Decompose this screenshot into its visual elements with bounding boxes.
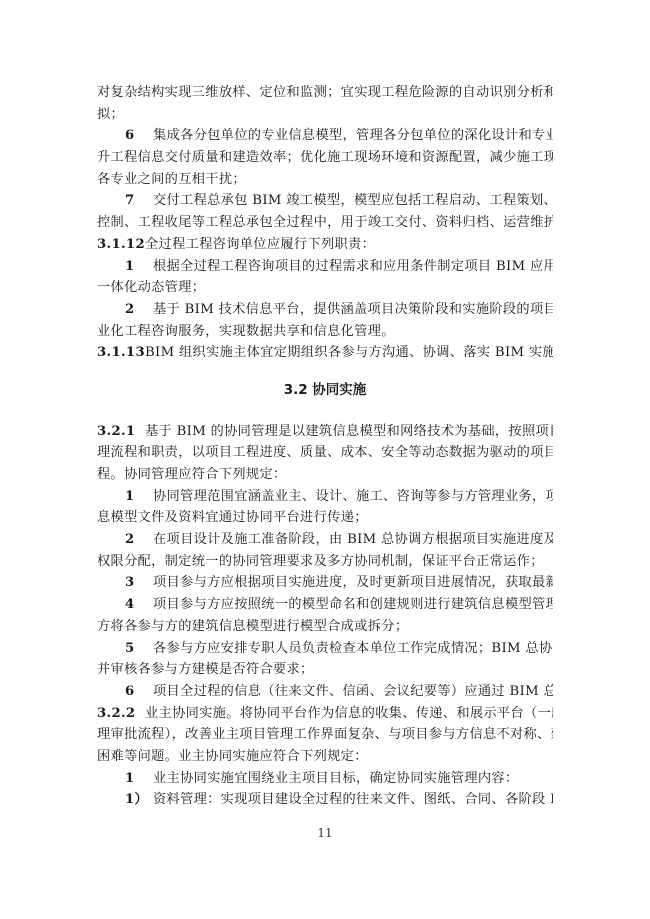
document-page: 对复杂结构实现三维放样、定位和监测；宜实现工程危险源的自动识别分析和防护方案的模…	[97, 82, 553, 811]
item-number: 5	[125, 638, 153, 660]
line-text: 基于 BIM 技术信息平台，提供涵盖项目决策阶段和实施阶段的项目建设全过程的专	[153, 302, 553, 317]
list-item-line: 2基于 BIM 技术信息平台，提供涵盖项目决策阶段和实施阶段的项目建设全过程的专	[97, 299, 553, 321]
list-item-line: 5各参与方应安排专职人员负责检查本单位工作完成情况；BIM 总协调方应定期检查	[97, 638, 553, 660]
line-text: 权限分配，制定统一的协同管理要求及多方协同机制，保证平台正常运作；	[97, 554, 544, 569]
line-text: 对复杂结构实现三维放样、定位和监测；宜实现工程危险源的自动识别分析和防护方案的模	[97, 85, 553, 100]
line-text: 困难等问题。业主协同实施应符合下列规定：	[97, 749, 368, 764]
clause-line: 困难等问题。业主协同实施应符合下列规定：	[97, 746, 553, 768]
line-text: 各专业之间的互相干扰；	[97, 172, 246, 187]
list-item-line: 一体化动态管理；	[97, 277, 553, 299]
line-text: 项目参与方应根据项目实施进度，及时更新项目进展情况，获取最新的项目信息；	[153, 575, 553, 590]
line-text: 理流程和职责，以项目工程进度、质量、成本、安全等动态数据为驱动的项目协同管理的过	[97, 445, 553, 460]
item-number: 6	[125, 681, 153, 703]
item-number: 6	[125, 125, 153, 147]
list-item-line: 3项目参与方应根据项目实施进度，及时更新项目进展情况，获取最新的项目信息；	[97, 572, 553, 594]
clause-line: 3.2.2业主协同实施。将协同平台作为信息的收集、传递、和展示平台（一般不含项目…	[97, 703, 553, 725]
list-item-line: 并审核各参与方建模是否符合要求；	[97, 659, 553, 681]
item-number: 4	[125, 594, 153, 616]
list-item-line: 1协同管理范围宜涵盖业主、设计、施工、咨询等参与方管理业务，项目所有建筑信	[97, 486, 553, 508]
item-number: 1	[125, 486, 153, 508]
line-text: 基于 BIM 的协同管理是以建筑信息模型和网络技术为基础，按照项目建设各方管	[145, 424, 553, 439]
list-item-line: 1业主协同实施宜围绕业主项目目标，确定协同实施管理内容：	[97, 768, 553, 790]
section-3-2-body: 3.2.1基于 BIM 的协同管理是以建筑信息模型和网络技术为基础，按照项目建设…	[97, 421, 553, 811]
clause-line: 3.1.13BIM 组织实施主体宜定期组织各参与方沟通、协调、落实 BIM 实施…	[97, 342, 553, 364]
clause-number: 3.1.13	[97, 342, 145, 364]
list-item-line: 6项目全过程的信息（往来文件、信函、会议纪要等）应通过 BIM 总协调方审核归档…	[97, 681, 553, 703]
line-text: 根据全过程工程咨询项目的过程需求和应用条件制定项目 BIM 应用实施方案，进行	[153, 259, 553, 274]
item-number: 7	[125, 190, 153, 212]
list-item-line: 7交付工程总承包 BIM 竣工模型，模型应包括工程启动、工程策划、工程实施、工程	[97, 190, 553, 212]
list-item-line: 控制、工程收尾等工程总承包全过程中，用于竣工交付、资料归档、运营维护的相关信息。	[97, 212, 553, 234]
section-heading: 3.2 协同实施	[97, 380, 553, 402]
item-number: 1	[125, 768, 153, 790]
paragraph-line: 拟；	[97, 104, 553, 126]
list-item-line: 方将各参与方的建筑信息模型进行模型合成或拆分；	[97, 616, 553, 638]
line-text: 业主协同实施宜围绕业主项目目标，确定协同实施管理内容：	[153, 771, 519, 786]
line-text: 业主协同实施。将协同平台作为信息的收集、传递、和展示平台（一般不含项目管	[145, 706, 553, 721]
line-text: 息模型文件及资料宜通过协同平台进行传递；	[97, 510, 368, 525]
item-number: 2	[125, 299, 153, 321]
list-item-line: 4项目参与方应按照统一的模型命名和创建规则进行建筑信息模型管理，BIM 总协调	[97, 594, 553, 616]
line-text: 程。协同管理应符合下列规定：	[97, 467, 287, 482]
list-item-line: 1）资料管理：实现项目建设全过程的往来文件、图纸、合同、各阶段 BIM 应用成果	[97, 789, 553, 811]
clause-line: 3.2.1基于 BIM 的协同管理是以建筑信息模型和网络技术为基础，按照项目建设…	[97, 421, 553, 443]
line-text: 一体化动态管理；	[97, 280, 205, 295]
line-text: 全过程工程咨询单位应履行下列职责：	[145, 237, 375, 252]
line-text: 项目全过程的信息（往来文件、信函、会议纪要等）应通过 BIM 总协调方审核归档。	[153, 684, 553, 699]
list-item-line: 升工程信息交付质量和建造效率；优化施工现场环境和资源配置，减少施工现场各参与方、	[97, 147, 553, 169]
paragraph-line: 对复杂结构实现三维放样、定位和监测；宜实现工程危险源的自动识别分析和防护方案的模	[97, 82, 553, 104]
clause-line: 程。协同管理应符合下列规定：	[97, 464, 553, 486]
item-number: 1	[125, 256, 153, 278]
clause-line: 理流程和职责，以项目工程进度、质量、成本、安全等动态数据为驱动的项目协同管理的过	[97, 442, 553, 464]
list-item-line: 6集成各分包单位的专业信息模型，管理各分包单位的深化设计和专业协调工作，提	[97, 125, 553, 147]
clause-line: 理审批流程），改善业主项目管理工作界面复杂、与项目参与方信息不对称、建设进度管控	[97, 724, 553, 746]
section-3-1-continuation: 对复杂结构实现三维放样、定位和监测；宜实现工程危险源的自动识别分析和防护方案的模…	[97, 82, 553, 364]
line-text: 协同管理范围宜涵盖业主、设计、施工、咨询等参与方管理业务，项目所有建筑信	[153, 489, 553, 504]
clause-line: 3.1.12全过程工程咨询单位应履行下列职责：	[97, 234, 553, 256]
clause-number: 3.1.12	[97, 234, 145, 256]
line-text: 控制、工程收尾等工程总承包全过程中，用于竣工交付、资料归档、运营维护的相关信息。	[97, 215, 553, 230]
clause-number: 3.2.2	[97, 703, 145, 725]
clause-number: 3.2.1	[97, 421, 145, 443]
line-text: 在项目设计及施工准备阶段，由 BIM 总协调方根据项目实施进度及应用要点，进行	[153, 532, 553, 547]
list-item-line: 业化工程咨询服务，实现数据共享和信息化管理。	[97, 321, 553, 343]
list-item-line: 息模型文件及资料宜通过协同平台进行传递；	[97, 507, 553, 529]
line-text: 资料管理：实现项目建设全过程的往来文件、图纸、合同、各阶段 BIM 应用成果	[153, 792, 553, 807]
line-text: 交付工程总承包 BIM 竣工模型，模型应包括工程启动、工程策划、工程实施、工程	[153, 193, 553, 208]
item-number: 1）	[125, 789, 153, 811]
line-text: 各参与方应安排专职人员负责检查本单位工作完成情况；BIM 总协调方应定期检查	[153, 641, 553, 656]
line-text: 项目参与方应按照统一的模型命名和创建规则进行建筑信息模型管理，BIM 总协调	[153, 597, 553, 612]
line-text: 集成各分包单位的专业信息模型，管理各分包单位的深化设计和专业协调工作，提	[153, 128, 553, 143]
line-text: 理审批流程），改善业主项目管理工作界面复杂、与项目参与方信息不对称、建设进度管控	[97, 727, 553, 742]
list-item-line: 2在项目设计及施工准备阶段，由 BIM 总协调方根据项目实施进度及应用要点，进行	[97, 529, 553, 551]
line-text: BIM 组织实施主体宜定期组织各参与方沟通、协调、落实 BIM 实施情况。	[145, 345, 553, 360]
item-number: 2	[125, 529, 153, 551]
line-text: 拟；	[97, 107, 124, 122]
line-text: 升工程信息交付质量和建造效率；优化施工现场环境和资源配置，减少施工现场各参与方、	[97, 150, 553, 165]
page-number: 11	[0, 826, 650, 840]
item-number: 3	[125, 572, 153, 594]
list-item-line: 1根据全过程工程咨询项目的过程需求和应用条件制定项目 BIM 应用实施方案，进行	[97, 256, 553, 278]
line-text: 业化工程咨询服务，实现数据共享和信息化管理。	[97, 324, 395, 339]
list-item-line: 权限分配，制定统一的协同管理要求及多方协同机制，保证平台正常运作；	[97, 551, 553, 573]
line-text: 方将各参与方的建筑信息模型进行模型合成或拆分；	[97, 619, 408, 634]
line-text: 并审核各参与方建模是否符合要求；	[97, 662, 314, 677]
list-item-line: 各专业之间的互相干扰；	[97, 169, 553, 191]
